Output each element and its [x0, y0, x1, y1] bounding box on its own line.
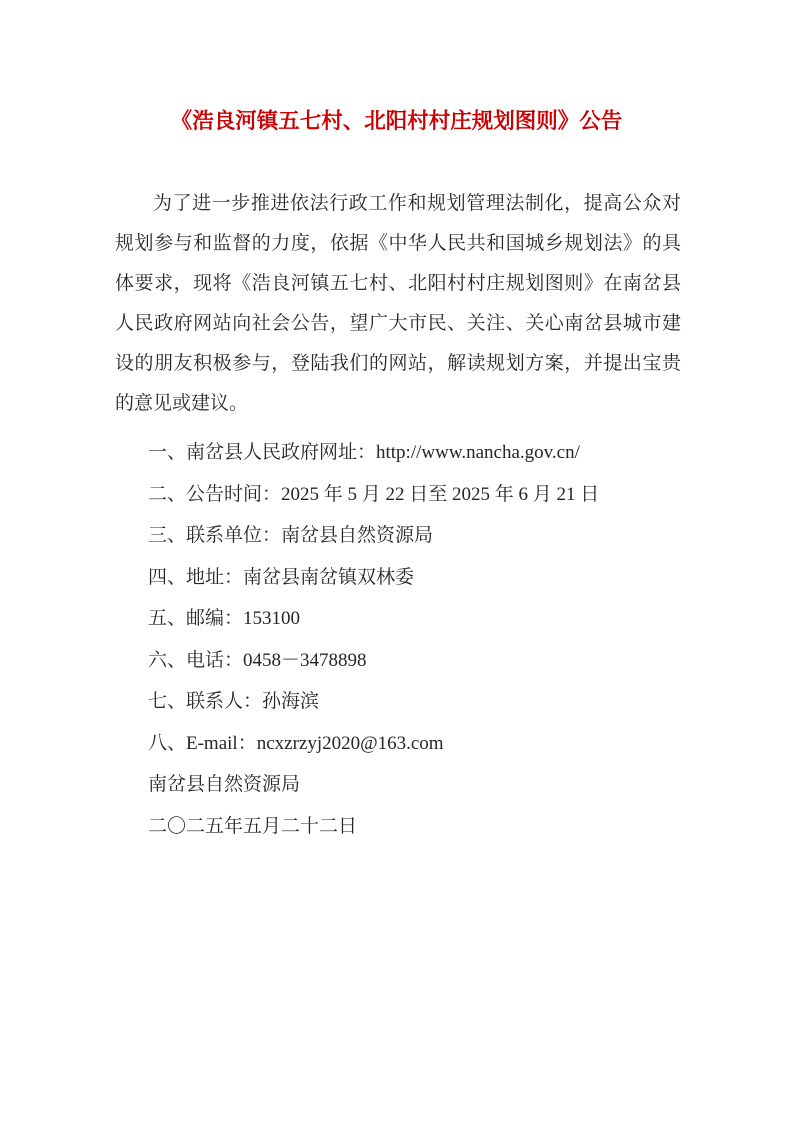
notice-item-contact-person: 七、联系人：孙海滨: [115, 681, 715, 723]
notice-signature: 南岔县自然资源局: [115, 764, 715, 806]
notice-item-phone: 六、电话：0458－3478898: [115, 640, 715, 682]
notice-title: 《浩良河镇五七村、北阳村村庄规划图则》公告: [0, 106, 793, 136]
notice-date: 二〇二五年五月二十二日: [115, 806, 715, 848]
notice-item-contact-unit: 三、联系单位：南岔县自然资源局: [115, 515, 715, 557]
notice-item-address: 四、地址：南岔县南岔镇双林委: [115, 557, 715, 599]
notice-info-list: 一、南岔县人民政府网址：http://www.nancha.gov.cn/ 二、…: [115, 432, 715, 847]
notice-body-paragraph: 为了进一步推进依法行政工作和规划管理法制化，提高公众对规划参与和监督的力度，依据…: [115, 184, 681, 424]
notice-item-postcode: 五、邮编：153100: [115, 598, 715, 640]
document-page: 《浩良河镇五七村、北阳村村庄规划图则》公告 为了进一步推进依法行政工作和规划管理…: [0, 0, 793, 1122]
notice-item-announcement-period: 二、公告时间：2025 年 5 月 22 日至 2025 年 6 月 21 日: [115, 474, 715, 516]
notice-item-email: 八、E-mail：ncxzrzyj2020@163.com: [115, 723, 715, 765]
notice-item-website: 一、南岔县人民政府网址：http://www.nancha.gov.cn/: [115, 432, 715, 474]
